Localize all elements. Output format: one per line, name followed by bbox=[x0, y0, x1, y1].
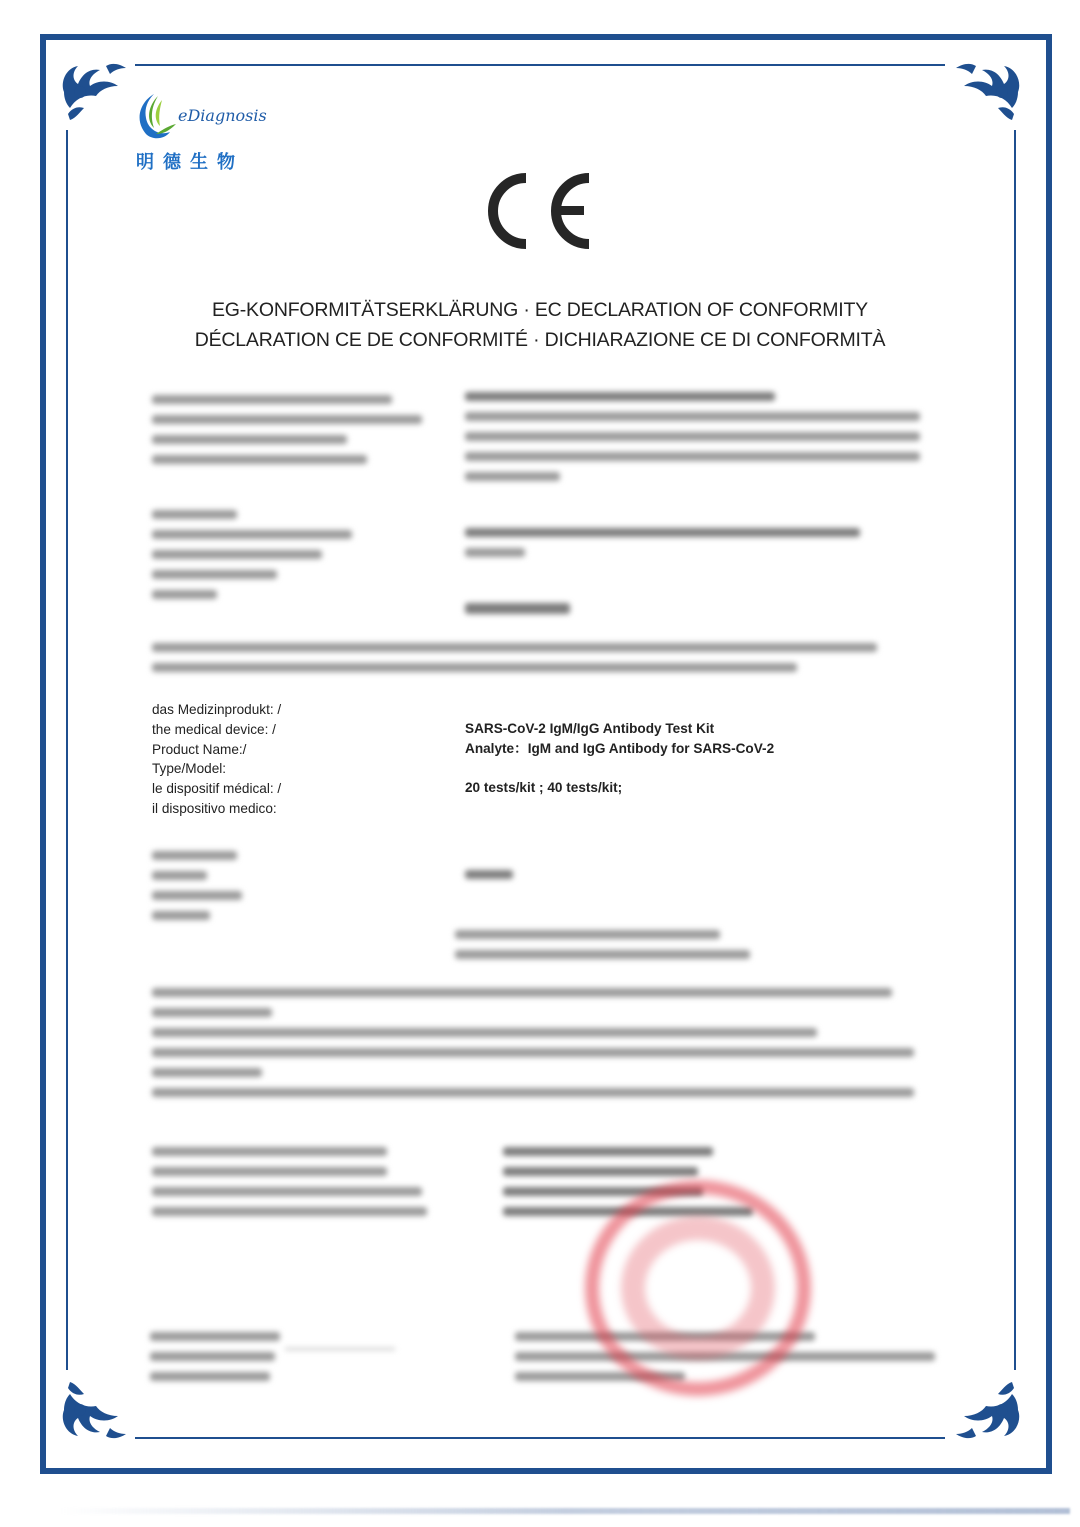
brand-name: eDiagnosis bbox=[178, 106, 267, 125]
redacted-classification-labels bbox=[152, 851, 252, 931]
document-title-line-1: EG-KONFORMITÄTSERKLÄRUNG · EC DECLARATIO… bbox=[0, 299, 1080, 322]
brand-chinese-name: 明德生物 bbox=[136, 148, 244, 174]
redacted-responsibility-statement bbox=[152, 643, 882, 683]
product-name: SARS-CoV-2 IgM/IgG Antibody Test Kit bbox=[465, 719, 774, 739]
label-product-name: Product Name:/ bbox=[152, 740, 281, 760]
company-seal-stamp bbox=[585, 1180, 811, 1396]
redacted-ec-rep-address bbox=[465, 528, 865, 568]
redacted-procedure-labels bbox=[152, 1147, 432, 1227]
corner-ornament-icon bbox=[950, 54, 1026, 130]
inner-border-top bbox=[135, 64, 945, 66]
document-title-line-2: DÉCLARATION CE DE CONFORMITÉ · DICHIARAZ… bbox=[0, 329, 1080, 352]
product-models: 20 tests/kit ; 40 tests/kit; bbox=[465, 778, 774, 798]
product-field-values: SARS-CoV-2 IgM/IgG Antibody Test Kit Ana… bbox=[465, 719, 774, 798]
label-medical-device: the medical device: / bbox=[152, 720, 281, 740]
redacted-annex-reference bbox=[455, 930, 755, 970]
inner-border-bottom bbox=[135, 1437, 945, 1439]
scan-edge-shadow bbox=[60, 1508, 1070, 1514]
redacted-manufacturer-address bbox=[465, 392, 920, 492]
corner-ornament-icon bbox=[56, 54, 132, 130]
product-field-labels: das Medizinprodukt: / the medical device… bbox=[152, 700, 281, 819]
label-medizinprodukt: das Medizinprodukt: / bbox=[152, 700, 281, 720]
redacted-directive-statement bbox=[152, 988, 917, 1108]
redacted-signature-line bbox=[285, 1348, 395, 1350]
seal-inner-ring bbox=[621, 1216, 775, 1360]
ce-mark-icon bbox=[488, 172, 596, 250]
product-analyte: Analyte：IgM and IgG Antibody for SARS-Co… bbox=[465, 739, 774, 759]
redacted-ec-rep-labels bbox=[152, 510, 362, 610]
corner-ornament-icon bbox=[56, 1372, 132, 1448]
redacted-classification-value bbox=[465, 870, 525, 890]
corner-ornament-icon bbox=[950, 1372, 1026, 1448]
label-dispositif-medical: le dispositif médical: / bbox=[152, 779, 281, 799]
redacted-srn bbox=[465, 603, 575, 625]
label-type-model: Type/Model: bbox=[152, 759, 281, 779]
redacted-place-date bbox=[150, 1332, 400, 1392]
redacted-manufacturer-labels bbox=[152, 395, 422, 475]
label-dispositivo-medico: il dispositivo medico: bbox=[152, 799, 281, 819]
leaf-swoosh-logo-icon bbox=[132, 90, 184, 142]
